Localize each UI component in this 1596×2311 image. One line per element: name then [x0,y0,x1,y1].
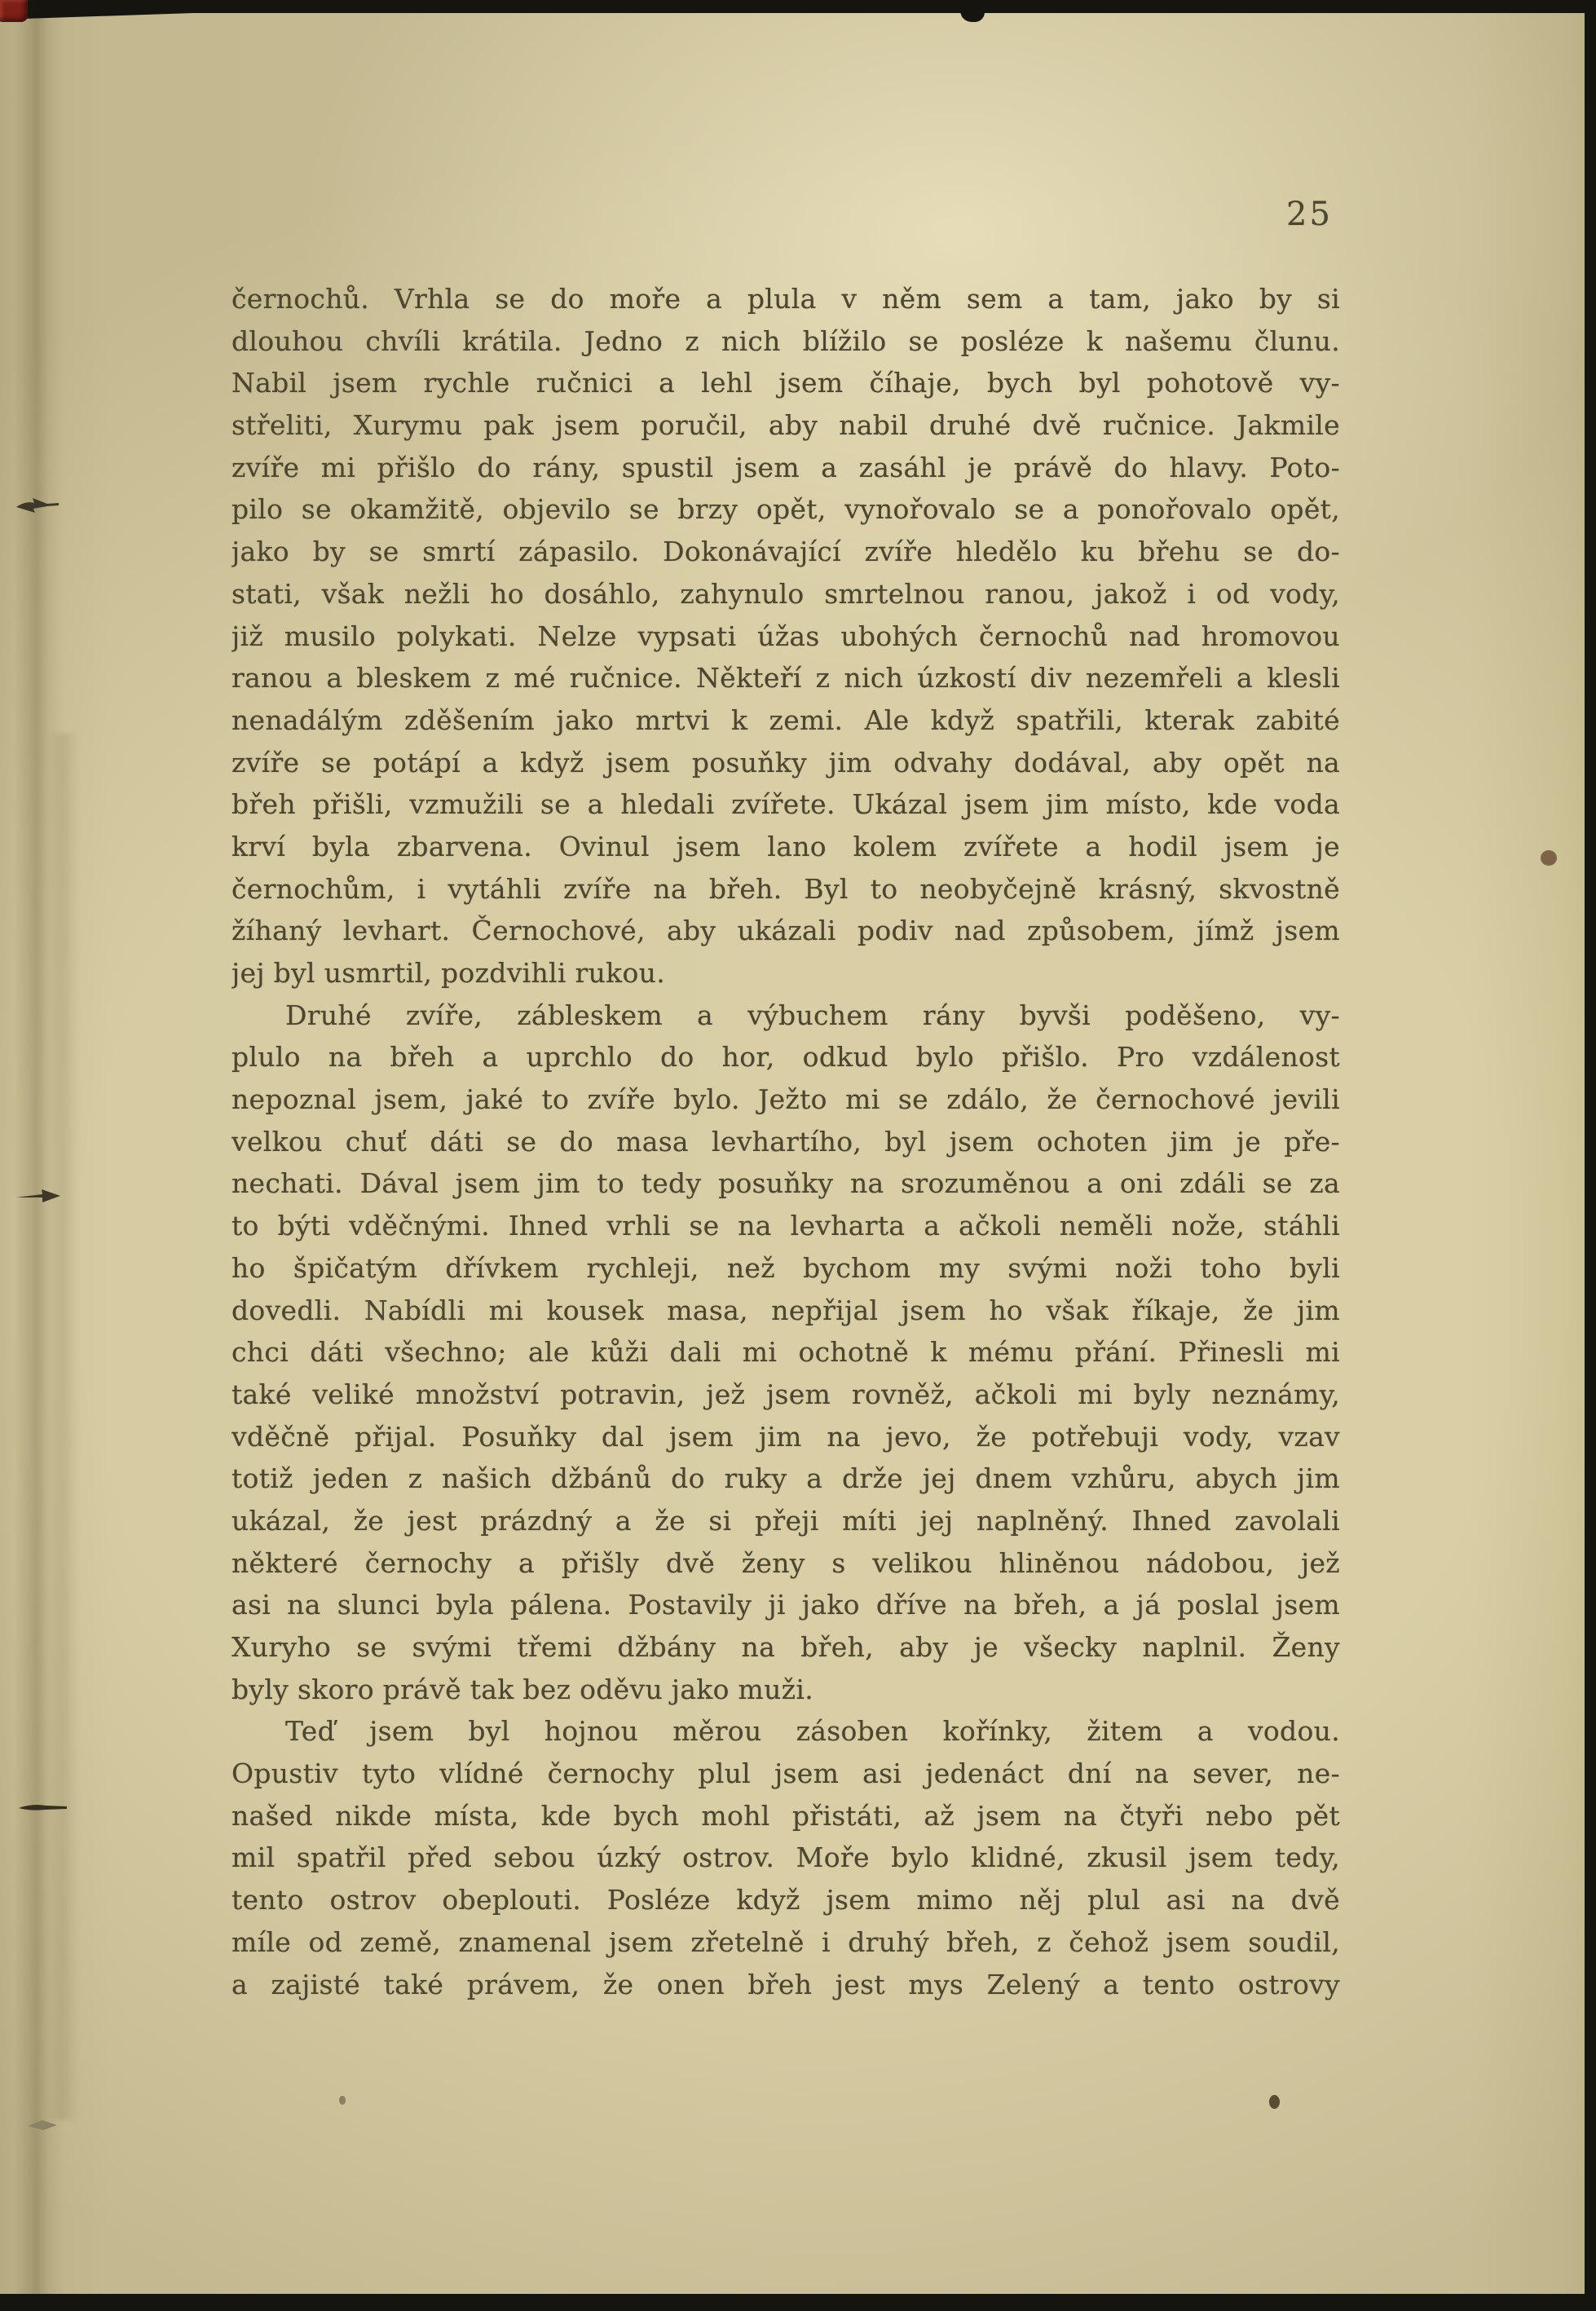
text-block: černochů. Vrhla se do moře a plula v něm… [231,278,1340,2005]
margin-arrowhead-mark [26,2118,59,2132]
text-line: střeliti, Xurymu pak jsem poručil, aby n… [231,404,1340,447]
text-line: ukázal, že jest prázdný a že si přeji mí… [231,1500,1340,1542]
ink-spot-bottom-right [1269,2095,1280,2109]
text-line: našed nikde místa, kde bych mohl přistát… [231,1795,1340,1837]
text-line: ranou a bleskem z mé ručnice. Někteří z … [231,657,1340,699]
text-line: míle od země, znamenal jsem zřetelně i d… [231,1921,1340,1964]
text-line: to býti vděčnými. Ihned vrhli se na levh… [231,1205,1340,1247]
text-line: asi na slunci byla pálena. Postavily ji … [231,1584,1340,1626]
text-line: totiž jeden z našich džbánů do ruky a dr… [231,1458,1340,1500]
margin-arrow-mark-1 [15,494,60,515]
text-line: dovedli. Nabídli mi kousek masa, nepřija… [231,1290,1340,1332]
text-line: pilo se okamžitě, objevilo se brzy opět,… [231,488,1340,531]
text-line: Druhé zvíře, zábleskem a výbuchem rány b… [231,995,1340,1037]
ink-spot-right-margin [1541,850,1557,866]
text-line: již musilo polykati. Nelze vypsati úžas … [231,615,1340,658]
text-line: chci dáti všechno; ale kůži dali mi ocho… [231,1331,1340,1374]
text-line: dlouhou chvíli krátila. Jedno z nich blí… [231,320,1340,363]
text-line: Nabil jsem rychle ručnici a lehl jsem čí… [231,362,1340,404]
scan-edge-bottom [0,2294,1596,2311]
text-line: černochům, i vytáhli zvíře na břeh. Byl … [231,868,1340,911]
text-line: břeh přišli, vzmužili se a hledali zvíře… [231,783,1340,826]
margin-arrow-mark-2 [15,1187,62,1206]
text-line: Opustiv tyto vlídné černochy plul jsem a… [231,1753,1340,1795]
text-line: stati, však nežli ho dosáhlo, zahynulo s… [231,573,1340,615]
text-line: tento ostrov obeplouti. Posléze když jse… [231,1879,1340,1921]
scan-edge-right [1585,0,1596,2311]
text-line: zvíře se potápí a když jsem posuňky jim … [231,742,1340,784]
page-number: 25 [1286,196,1360,233]
binding-crease-shadow-lower [49,734,78,2119]
text-line: ho špičatým dřívkem rychleji, než bychom… [231,1247,1340,1290]
text-line: některé černochy a přišly dvě ženy s vel… [231,1542,1340,1585]
margin-dash-mark [18,1800,68,1815]
scan-edge-blob [960,0,985,22]
text-line: Teď jsem byl hojnou měrou zásoben kořínk… [231,1710,1340,1753]
text-line: zvíře mi přišlo do rány, spustil jsem a … [231,447,1340,489]
text-line: mil spatřil před sebou úzký ostrov. Moře… [231,1837,1340,1879]
text-line: také veliké množství potravin, jež jsem … [231,1374,1340,1416]
ink-spot-bottom-left [339,2096,346,2105]
text-line: nechati. Dával jsem jim to tedy posuňky … [231,1162,1340,1205]
text-line: jej byl usmrtil, pozdvihli rukou. [231,952,1340,995]
text-line: vděčně přijal. Posuňky dal jsem jim na j… [231,1416,1340,1458]
text-line: plulo na břeh a uprchlo do hor, odkud by… [231,1036,1340,1078]
text-line: nenadálým zděšením jako mrtvi k zemi. Al… [231,699,1340,742]
text-line: žíhaný levhart. Černochové, aby ukázali … [231,910,1340,952]
text-line: byly skoro právě tak bez oděvu jako muži… [231,1669,1340,1711]
text-line: a zajisté také právem, že onen břeh jest… [231,1964,1340,2006]
text-line: velkou chuť dáti se do masa levhartího, … [231,1121,1340,1163]
scanned-book-page: { "page": { "number": "25", "paragraphs"… [0,0,1596,2311]
text-line: Xuryho se svými třemi džbány na břeh, ab… [231,1626,1340,1669]
text-line: jako by se smrtí zápasilo. Dokonávající … [231,531,1340,573]
text-line: černochů. Vrhla se do moře a plula v něm… [231,278,1340,320]
text-line: krví byla zbarvena. Ovinul jsem lano kol… [231,826,1340,868]
red-corner-fragment [0,0,28,22]
text-line: nepoznal jsem, jaké to zvíře bylo. Ježto… [231,1078,1340,1121]
